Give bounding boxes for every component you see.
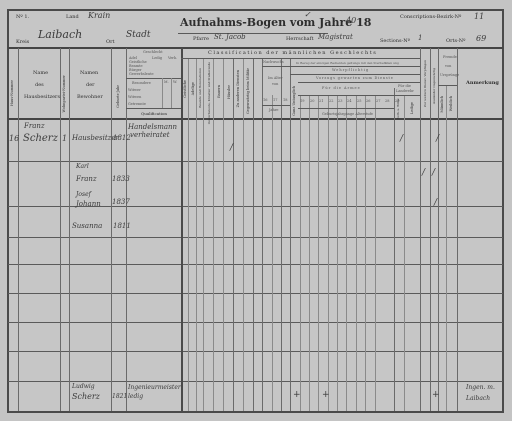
owner-first: Franz [24,122,45,130]
geschlecht-col: Verh. [168,56,177,60]
header-haus-nummer: Haus-Nummer [10,80,14,106]
age-header: 19 [300,99,304,103]
age-header: 25 [357,99,361,103]
resident-year: 1811 [113,222,131,230]
herrschaft-value: Magistrat [318,33,353,41]
tally-mark: / [434,198,437,208]
resident-name: Johann [76,200,101,208]
header-fremde: von [445,64,451,68]
header-sub-line [262,66,290,67]
header-bevorzugt: Vorzugs gewarten zum Dienste [316,76,394,80]
col-line [188,58,189,411]
check-mark: ✓ [304,10,311,19]
herrschaft-label: Herrschaft [286,36,314,42]
col-line [300,95,301,411]
header-geschlecht: Geschlecht [143,50,163,54]
geschlecht-line [126,108,181,109]
col-line [203,58,204,411]
geschlecht-line [126,78,181,79]
landwehr-sub: Ledige [410,102,414,114]
col-line [233,58,234,411]
class-col-header: Gewerbsleute, Künstler und Studierende [207,62,211,124]
col-line [394,88,395,411]
age-header: 27 [376,99,380,103]
ort-value: Stadt [126,30,151,40]
class-col-header: Bauern [217,85,221,98]
col-line [457,48,458,411]
resident-name: Karl [76,163,89,170]
header-im-alter: Im Alter [268,76,283,80]
age-header: 28 [385,99,389,103]
header-jahre: Jahre [269,108,279,112]
row-line [8,237,503,238]
class-col-header: Adelige [191,82,195,95]
header-sub-line [298,108,394,109]
stand-row: Witwen [128,95,141,99]
col-line [430,48,431,411]
col-line [213,58,214,411]
header-landwehr: Landwehr [396,89,414,93]
ort-label: Ort [106,39,115,45]
header-sub-line [298,95,420,96]
header-militaer: Zur weitern Dienst. Verpflegen [423,60,427,107]
col-line [438,48,439,411]
header-landwehr: Für die [398,84,411,88]
age-header: 20 [310,99,314,103]
sections-label: Sections-Nº [380,38,410,44]
col-line [262,58,263,411]
age-header: 16 [263,98,267,102]
header-name-1: Name [33,70,48,76]
col-line [272,95,273,411]
header-nachwuchs: Nachwuchs [263,60,284,64]
col-line [111,48,112,411]
col-line [375,95,376,411]
stand-row: Getrennte [128,102,146,106]
class-col-header: Beamte und Honoratioren [198,68,202,108]
tally-mark: / [422,168,425,178]
col-line [253,58,254,411]
header-name-2: des [35,82,44,88]
header-fremde: Fremde [443,55,457,59]
age-header: 21 [319,99,323,103]
tally-mark: / [436,134,439,144]
header-name-3: Hausbesitzers [24,94,60,100]
col-line [69,48,70,411]
remark-1: Ingen. m. [466,384,495,391]
row-line [8,264,503,265]
header-geburtsjahr: Geburts-Jahr [116,85,120,108]
orts-value: 69 [476,34,486,43]
landwehr-sub: Verh. u. Wittw. [396,98,400,119]
header-fremde: Ursprünge [440,73,459,77]
class-col-header: Geistliche [183,80,187,98]
resident-name: Ludwig [72,383,95,390]
col-line [404,95,405,411]
class-title-line [181,58,420,59]
partei-nr: 1 [62,134,67,143]
pfarre-label: Pfarre [193,36,209,42]
row-line [8,322,503,323]
resident-year: 1833 [112,175,130,183]
orts-label: Orts-Nº [446,38,465,44]
conscription-value: 11 [474,12,484,21]
tally-mark: / [230,143,233,153]
pfarre-value: St. Jacob [214,33,246,41]
header-sub-line [298,82,420,83]
header-sub-line [262,105,290,106]
row-line [8,381,503,382]
col-line [356,95,357,411]
row-line [8,161,503,162]
col-line [446,85,447,411]
header-auslaender: Ausländer Gegenwärtig [432,68,436,104]
col-line [60,48,61,411]
age-header: 23 [338,99,342,103]
header-namen-1: Namen [80,70,98,76]
stand-col: W. [173,80,177,84]
col-line [281,58,282,411]
age-header: 17 [273,98,277,102]
row-line [8,351,503,352]
col-line [318,95,319,411]
geschlecht-line [162,78,163,108]
haus-nr: 16 [9,134,19,143]
table-top-border [8,47,503,49]
owner-last: Scherz [23,133,58,144]
age-header: 26 [366,99,370,103]
tally-mark: + [322,390,330,400]
header-wehrpflicht: Wehrpflichtig [332,68,369,72]
stand-row: Witwer [128,88,141,92]
header-bottom-border [8,118,503,120]
qualification-2: verheiratet [130,131,170,139]
header-vorhanden: In Bezug der einzigen Bedienten geltungs… [296,61,399,65]
land-value: Krain [88,11,110,20]
land-label: Land [66,14,79,20]
header-im-alter: von [272,82,278,86]
resident-year: 1837 [112,198,130,206]
header-geburtsjahre: Geburtsjahrgänge Alterstufe [322,112,373,116]
header-qualification: Qualification [141,111,167,116]
kreis-value: Laibach [38,28,82,41]
tally-mark: / [400,134,403,144]
year-suffix: 40 [346,16,356,25]
sections-value: 1 [418,34,422,42]
col-line [196,58,197,411]
resident-name: Hausbesitzer [72,134,119,142]
resident-year: 1821 [112,393,127,400]
header-fur-armee: Für die Armee [322,86,361,90]
fremde-sub: Weiblich [449,96,453,111]
age-header: 24 [347,99,351,103]
col-line [181,48,183,411]
stand-col: M. [164,80,169,84]
col-line [18,48,19,411]
age-header: 22 [329,99,333,103]
header-sub-line [290,74,420,75]
tally-mark: + [432,390,440,400]
header-untauglich: Ganz Untauglich [292,86,296,116]
resident-name: Susanna [72,222,102,230]
form-number: Nº 1. [16,14,29,20]
stand-block: Besondere [132,81,151,85]
col-line [290,58,291,411]
class-col-header: Gegenwärtig beim Militär [246,68,250,114]
row-line [8,293,503,294]
header-wohnpartei: Wohnpartei-Nummer [62,75,66,112]
header-classification: Classification der männlichen Geschlecht… [208,50,377,56]
col-line [365,95,366,411]
col-line [346,95,347,411]
resident-year: 1812 [113,134,131,142]
col-line [420,48,421,411]
qualification-1: Ingenieurmeister [128,384,181,391]
col-line [309,95,310,411]
geschlecht-line [171,78,172,108]
geschlecht-col: Ledig [152,56,162,60]
kreis-label: Kreis [16,39,29,45]
remark-2: Laibach [466,395,490,402]
title-underline [178,33,328,34]
resident-name: Scherz [72,392,100,401]
qualification-2: ledig [128,393,143,400]
class-col-header: Zu anderen Diensten [236,70,240,107]
col-line [243,58,244,411]
class-col-header: Häusler [227,85,231,99]
col-line [223,58,224,411]
qualification-1: Handelsmann [128,123,177,131]
resident-name: Franz [76,175,97,183]
resident-name: Josef [76,191,91,198]
census-sheet: Nº 1. Land Krain Aufnahms-Bogen vom Jahr… [0,0,512,421]
header-namen-2: der [86,82,95,88]
header-namen-3: Bewohner [77,94,103,100]
tally-mark: + [293,390,301,400]
conscription-label: Conscriptions-Bezirk-Nº [400,14,461,20]
tally-mark: / [432,168,435,178]
col-line [328,95,329,411]
col-line [337,95,338,411]
fremde-sub: Männlich [440,96,444,113]
geschlecht-row: Gewerbsleute [129,72,154,76]
header-sub-line [290,66,420,67]
age-header: 18 [283,98,287,102]
header-sub-line [438,85,457,86]
header-anmerkung: Anmerkung [466,80,499,86]
form-title: Aufnahms-Bogen vom Jahre 18 [180,16,371,29]
